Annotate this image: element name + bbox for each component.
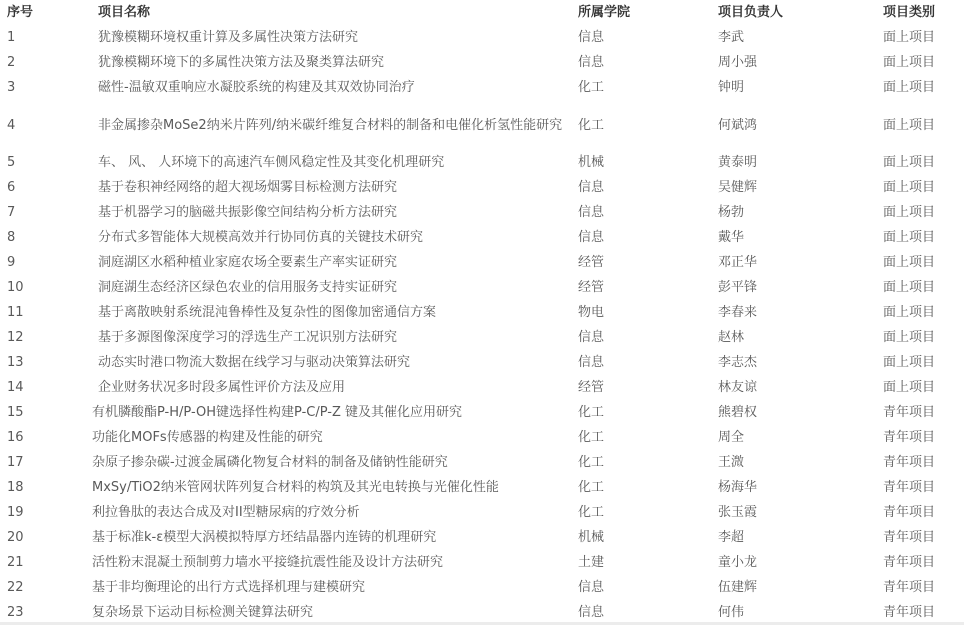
cell-seq: 15 [7,400,24,425]
table-row: 6基于卷积神经网络的超大视场烟雾目标检测方法研究信息吴健辉面上项目 [0,175,964,200]
cell-leader: 李志杰 [718,350,757,375]
cell-project-type: 青年项目 [883,525,935,550]
cell-project-name: 基于机器学习的脑磁共振影像空间结构分析方法研究 [70,200,570,225]
cell-seq: 3 [7,75,15,100]
cell-project-name: 基于卷积神经网络的超大视场烟雾目标检测方法研究 [70,175,570,200]
table-row: 22基于非均衡理论的出行方式选择机理与建模研究信息伍建辉青年项目 [0,575,964,600]
cell-college: 化工 [578,475,604,500]
cell-college: 机械 [578,150,604,175]
cell-seq: 7 [7,200,15,225]
cell-college: 信息 [578,25,604,50]
project-table: 序号 项目名称 所属学院 项目负责人 项目类别 1犹豫模糊环境权重计算及多属性决… [0,0,964,625]
cell-project-name: 犹豫模糊环境下的多属性决策方法及聚类算法研究 [70,50,570,75]
cell-college: 信息 [578,325,604,350]
cell-project-name: 功能化MOFs传感器的构建及性能的研究 [70,425,570,450]
cell-leader: 赵林 [718,325,744,350]
cell-project-name: 基于多源图像深度学习的浮选生产工况识别方法研究 [70,325,570,350]
cell-project-name: 非金属掺杂MoSe2纳米片阵列/纳米碳纤维复合材料的制备和电催化析氢性能研究 [70,113,570,138]
cell-seq: 16 [7,425,24,450]
table-row: 7基于机器学习的脑磁共振影像空间结构分析方法研究信息杨勃面上项目 [0,200,964,225]
cell-project-type: 青年项目 [883,400,935,425]
cell-leader: 林友谅 [718,375,757,400]
cell-college: 化工 [578,400,604,425]
cell-project-name: 分布式多智能体大规模高效并行协同仿真的关键技术研究 [70,225,570,250]
cell-college: 化工 [578,113,604,138]
table-row: 14企业财务状况多时段多属性评价方法及应用经管林友谅面上项目 [0,375,964,400]
header-seq: 序号 [7,0,33,25]
cell-seq: 11 [7,300,24,325]
cell-leader: 彭平锋 [718,275,757,300]
table-row: 16功能化MOFs传感器的构建及性能的研究化工周全青年项目 [0,425,964,450]
cell-project-name: MxSy/TiO2纳米管网状阵列复合材料的构筑及其光电转换与光催化性能 [70,475,570,500]
cell-project-name: 基于非均衡理论的出行方式选择机理与建模研究 [70,575,570,600]
cell-project-type: 面上项目 [883,200,935,225]
cell-seq: 10 [7,275,24,300]
table-row: 18MxSy/TiO2纳米管网状阵列复合材料的构筑及其光电转换与光催化性能化工杨… [0,475,964,500]
cell-seq: 19 [7,500,24,525]
cell-project-type: 青年项目 [883,475,935,500]
cell-college: 机械 [578,525,604,550]
cell-project-name: 动态实时港口物流大数据在线学习与驱动决策算法研究 [70,350,570,375]
table-row: 17杂原子掺杂碳-过渡金属磷化物复合材料的制备及储钠性能研究化工王溦青年项目 [0,450,964,475]
cell-leader: 王溦 [718,450,744,475]
header-type: 项目类别 [883,0,935,25]
cell-leader: 周小强 [718,50,757,75]
cell-project-type: 面上项目 [883,225,935,250]
cell-project-type: 青年项目 [883,425,935,450]
cell-project-name: 磁性-温敏双重响应水凝胶系统的构建及其双效协同治疗 [70,75,570,100]
cell-seq: 5 [7,150,15,175]
table-header-row: 序号 项目名称 所属学院 项目负责人 项目类别 [0,0,964,25]
cell-project-type: 面上项目 [883,50,935,75]
cell-college: 信息 [578,50,604,75]
table-body: 1犹豫模糊环境权重计算及多属性决策方法研究信息李武面上项目2犹豫模糊环境下的多属… [0,25,964,625]
cell-project-type: 面上项目 [883,300,935,325]
table-row: 8分布式多智能体大规模高效并行协同仿真的关键技术研究信息戴华面上项目 [0,225,964,250]
cell-project-name: 有机膦酸酯P-H/P-OH键选择性构建P-C/P-Z 键及其催化应用研究 [70,400,570,425]
table-row: 4非金属掺杂MoSe2纳米片阵列/纳米碳纤维复合材料的制备和电催化析氢性能研究化… [0,100,964,150]
cell-project-name: 车、 风、 人环境下的高速汽车侧风稳定性及其变化机理研究 [70,150,570,175]
cell-college: 信息 [578,175,604,200]
cell-seq: 13 [7,350,24,375]
table-row: 10洞庭湖生态经济区绿色农业的信用服务支持实证研究经管彭平锋面上项目 [0,275,964,300]
cell-project-name: 活性粉末混凝土预制剪力墙水平接缝抗震性能及设计方法研究 [70,550,570,575]
cell-leader: 钟明 [718,75,744,100]
cell-college: 信息 [578,225,604,250]
table-row: 2犹豫模糊环境下的多属性决策方法及聚类算法研究信息周小强面上项目 [0,50,964,75]
cell-college: 信息 [578,200,604,225]
cell-leader: 熊碧权 [718,400,757,425]
cell-college: 物电 [578,300,604,325]
cell-leader: 杨勃 [718,200,744,225]
cell-leader: 何斌鸿 [718,113,757,138]
cell-college: 化工 [578,500,604,525]
cell-project-type: 青年项目 [883,575,935,600]
cell-college: 信息 [578,350,604,375]
cell-project-name: 基于标准k-ε模型大涡模拟特厚方坯结晶器内连铸的机理研究 [70,525,570,550]
cell-college: 经管 [578,275,604,300]
cell-seq: 18 [7,475,24,500]
cell-project-name: 犹豫模糊环境权重计算及多属性决策方法研究 [70,25,570,50]
cell-project-type: 面上项目 [883,175,935,200]
cell-college: 化工 [578,450,604,475]
cell-project-type: 面上项目 [883,250,935,275]
cell-seq: 6 [7,175,15,200]
table-row: 15有机膦酸酯P-H/P-OH键选择性构建P-C/P-Z 键及其催化应用研究化工… [0,400,964,425]
cell-leader: 童小龙 [718,550,757,575]
header-leader: 项目负责人 [718,0,783,25]
cell-project-name: 洞庭湖生态经济区绿色农业的信用服务支持实证研究 [70,275,570,300]
table-row: 3磁性-温敏双重响应水凝胶系统的构建及其双效协同治疗化工钟明面上项目 [0,75,964,100]
cell-project-type: 面上项目 [883,113,935,138]
table-row: 12基于多源图像深度学习的浮选生产工况识别方法研究信息赵林面上项目 [0,325,964,350]
cell-project-type: 青年项目 [883,450,935,475]
cell-college: 土建 [578,550,604,575]
cell-seq: 14 [7,375,24,400]
cell-seq: 4 [7,113,15,138]
cell-seq: 8 [7,225,15,250]
cell-project-type: 面上项目 [883,150,935,175]
cell-leader: 戴华 [718,225,744,250]
cell-seq: 2 [7,50,15,75]
table-row: 11基于离散映射系统混沌鲁棒性及复杂性的图像加密通信方案物电李春来面上项目 [0,300,964,325]
cell-leader: 周全 [718,425,744,450]
cell-project-name: 洞庭湖区水稻种植业家庭农场全要素生产率实证研究 [70,250,570,275]
table-row: 13动态实时港口物流大数据在线学习与驱动决策算法研究信息李志杰面上项目 [0,350,964,375]
cell-college: 经管 [578,375,604,400]
cell-project-type: 面上项目 [883,375,935,400]
cell-seq: 17 [7,450,24,475]
cell-project-name: 企业财务状况多时段多属性评价方法及应用 [70,375,570,400]
cell-project-type: 面上项目 [883,75,935,100]
cell-leader: 伍建辉 [718,575,757,600]
cell-project-type: 面上项目 [883,350,935,375]
cell-seq: 1 [7,25,15,50]
table-row: 19利拉鲁肽的表达合成及对II型糖尿病的疗效分析化工张玉霞青年项目 [0,500,964,525]
cell-leader: 李武 [718,25,744,50]
cell-college: 化工 [578,425,604,450]
header-college: 所属学院 [578,0,630,25]
cell-leader: 张玉霞 [718,500,757,525]
cell-project-type: 青年项目 [883,500,935,525]
cell-project-name: 基于离散映射系统混沌鲁棒性及复杂性的图像加密通信方案 [70,300,570,325]
cell-project-name: 利拉鲁肽的表达合成及对II型糖尿病的疗效分析 [70,500,570,525]
cell-leader: 李春来 [718,300,757,325]
cell-college: 经管 [578,250,604,275]
table-row: 20基于标准k-ε模型大涡模拟特厚方坯结晶器内连铸的机理研究机械李超青年项目 [0,525,964,550]
cell-seq: 12 [7,325,24,350]
cell-seq: 21 [7,550,24,575]
cell-college: 化工 [578,75,604,100]
table-row: 21活性粉末混凝土预制剪力墙水平接缝抗震性能及设计方法研究土建童小龙青年项目 [0,550,964,575]
cell-project-type: 面上项目 [883,325,935,350]
header-name: 项目名称 [70,0,570,25]
table-row: 5车、 风、 人环境下的高速汽车侧风稳定性及其变化机理研究机械黄泰明面上项目 [0,150,964,175]
cell-college: 信息 [578,575,604,600]
table-row: 9洞庭湖区水稻种植业家庭农场全要素生产率实证研究经管邓正华面上项目 [0,250,964,275]
cell-project-type: 面上项目 [883,275,935,300]
cell-seq: 20 [7,525,24,550]
cell-project-type: 面上项目 [883,25,935,50]
cell-project-type: 青年项目 [883,550,935,575]
cell-leader: 邓正华 [718,250,757,275]
table-row: 1犹豫模糊环境权重计算及多属性决策方法研究信息李武面上项目 [0,25,964,50]
cell-leader: 吴健辉 [718,175,757,200]
cell-leader: 黄泰明 [718,150,757,175]
cell-leader: 杨海华 [718,475,757,500]
cell-project-name: 杂原子掺杂碳-过渡金属磷化物复合材料的制备及储钠性能研究 [70,450,570,475]
cell-leader: 李超 [718,525,744,550]
cell-seq: 22 [7,575,24,600]
cell-seq: 9 [7,250,15,275]
